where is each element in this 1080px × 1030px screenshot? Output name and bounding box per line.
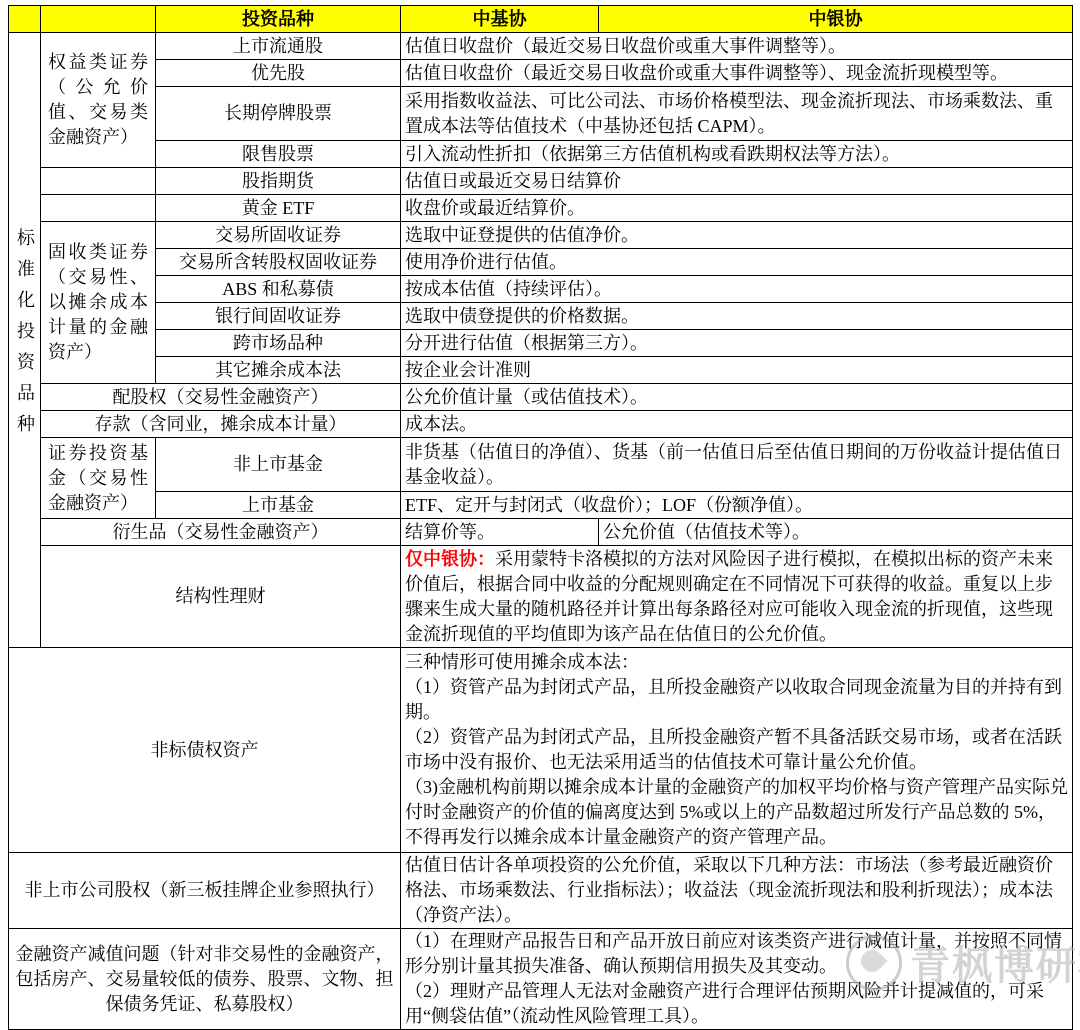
- row-unlisted-equity: 非上市公司股权（新三板挂牌企业参照执行） 估值日估计各单项投资的公允价值，采取以…: [9, 853, 1073, 929]
- only-cbas-highlight: 仅中银协：: [405, 549, 495, 569]
- cell-suspended-name: 长期停牌股票: [156, 87, 401, 141]
- row-unlisted-fund: 证券投资基金（交易性金融资产） 非上市基金 非货基（估值日的净值）、货基（前一估…: [9, 438, 1073, 492]
- cell-gold-etf-val: 收盘价或最近结算价。: [401, 195, 1073, 222]
- header-cbas: 中银协: [599, 6, 1073, 33]
- cell-abs-name: ABS 和私募债: [156, 276, 401, 303]
- row-convertible-fi: 交易所含转股权固收证券 使用净价进行估值。: [9, 249, 1073, 276]
- header-spacer-b: [41, 6, 156, 33]
- row-exchange-fi: 固收类证券（交易性、以摊余成本计量的金融资产） 交易所固收证券 选取中证登提供的…: [9, 222, 1073, 249]
- cell-preferred-val: 估值日收盘价（最近交易日收盘价或重大事件调整等）、现金流折现模型等。: [401, 60, 1073, 87]
- cell-cross-market-val: 分开进行估值（根据第三方）。: [401, 330, 1073, 357]
- group-equity: 权益类证券（公允价值、交易类金融资产）: [41, 33, 156, 168]
- cell-restricted-name: 限售股票: [156, 141, 401, 168]
- cell-exchange-fi-val: 选取中证登提供的估值净价。: [401, 222, 1073, 249]
- group-fund: 证券投资基金（交易性金融资产）: [41, 438, 156, 519]
- row-gold-etf: 黄金 ETF 收盘价或最近结算价。: [9, 195, 1073, 222]
- row-restricted: 限售股票 引入流动性折扣（依据第三方估值机构或看跌期权法等方法）。: [9, 141, 1073, 168]
- row-listed-fund: 上市基金 ETF、定开与封闭式（收盘价）；LOF（份额净值）。: [9, 492, 1073, 519]
- cell-unlisted-equity-name: 非上市公司股权（新三板挂牌企业参照执行）: [9, 853, 401, 929]
- header-row: 投资品种 中基协 中银协: [9, 6, 1073, 33]
- cell-nonstandard-debt-name: 非标债权资产: [9, 648, 401, 853]
- cell-impairment-name: 金融资产减值问题（针对非交易性的金融资产，包括房产、交易量较低的债券、股票、文物…: [9, 929, 401, 1030]
- cell-convertible-fi-name: 交易所含转股权固收证券: [156, 249, 401, 276]
- cell-interbank-fi-name: 银行间固收证券: [156, 303, 401, 330]
- cell-structured-val: 仅中银协：采用蒙特卡洛模拟的方法对风险因子进行模拟，在模拟出标的资产未来价值后，…: [401, 546, 1073, 648]
- cell-preferred-name: 优先股: [156, 60, 401, 87]
- cell-derivatives-name: 衍生品（交易性金融资产）: [41, 519, 401, 546]
- group-fixed-income: 固收类证券（交易性、以摊余成本计量的金融资产）: [41, 222, 156, 384]
- header-product: 投资品种: [156, 6, 401, 33]
- cell-index-futures-val: 估值日或最近交易日结算价: [401, 168, 1073, 195]
- row-deposits: 存款（含同业，摊余成本计量） 成本法。: [9, 411, 1073, 438]
- header-amac: 中基协: [401, 6, 599, 33]
- cell-listed-stock-name: 上市流通股: [156, 33, 401, 60]
- cell-interbank-fi-val: 选取中债登提供的价格数据。: [401, 303, 1073, 330]
- row-interbank-fi: 银行间固收证券 选取中债登提供的价格数据。: [9, 303, 1073, 330]
- cell-rights-name: 配股权（交易性金融资产）: [41, 384, 401, 411]
- row-other-amortized: 其它摊余成本法 按企业会计准则: [9, 357, 1073, 384]
- cell-other-amortized-name: 其它摊余成本法: [156, 357, 401, 384]
- row-structured: 结构性理财 仅中银协：采用蒙特卡洛模拟的方法对风险因子进行模拟，在模拟出标的资产…: [9, 546, 1073, 648]
- row-index-futures: 股指期货 估值日或最近交易日结算价: [9, 168, 1073, 195]
- cell-restricted-val: 引入流动性折扣（依据第三方估值机构或看跌期权法等方法）。: [401, 141, 1073, 168]
- cell-convertible-fi-val: 使用净价进行估值。: [401, 249, 1073, 276]
- cell-abs-val: 按成本估值（持续评估）。: [401, 276, 1073, 303]
- cell-unlisted-fund-name: 非上市基金: [156, 438, 401, 492]
- spacer-cell-gold: [41, 195, 156, 222]
- cell-structured-name: 结构性理财: [41, 546, 401, 648]
- row-preferred: 优先股 估值日收盘价（最近交易日收盘价或重大事件调整等）、现金流折现模型等。: [9, 60, 1073, 87]
- cell-gold-etf-name: 黄金 ETF: [156, 195, 401, 222]
- row-nonstandard-debt: 非标债权资产 三种情形可使用摊余成本法： （1）资管产品为封闭式产品，且所投金融…: [9, 648, 1073, 853]
- cell-rights-val: 公允价值计量（或估值技术）。: [401, 384, 1073, 411]
- cell-derivatives-cbas: 公允价值（估值技术等）。: [599, 519, 1073, 546]
- row-abs: ABS 和私募债 按成本估值（持续评估）。: [9, 276, 1073, 303]
- cell-listed-stock-val: 估值日收盘价（最近交易日收盘价或重大事件调整等）。: [401, 33, 1073, 60]
- cell-cross-market-name: 跨市场品种: [156, 330, 401, 357]
- cell-impairment-val: （1）在理财产品报告日和产品开放日前应对该类资产进行减值计量，并按照不同情形分别…: [401, 929, 1073, 1030]
- cell-listed-fund-name: 上市基金: [156, 492, 401, 519]
- row-derivatives: 衍生品（交易性金融资产） 结算价等。 公允价值（估值技术等）。: [9, 519, 1073, 546]
- spacer-cell-futures: [41, 168, 156, 195]
- cell-deposits-name: 存款（含同业，摊余成本计量）: [41, 411, 401, 438]
- cell-nonstandard-debt-val: 三种情形可使用摊余成本法： （1）资管产品为封闭式产品，且所投金融资产以收取合同…: [401, 648, 1073, 853]
- row-listed-stock: 标准化投资品种 权益类证券（公允价值、交易类金融资产） 上市流通股 估值日收盘价…: [9, 33, 1073, 60]
- header-spacer-a: [9, 6, 41, 33]
- standardized-axis-label: 标准化投资品种: [9, 33, 41, 648]
- structured-val-text: 采用蒙特卡洛模拟的方法对风险因子进行模拟，在模拟出标的资产未来价值后，根据合同中…: [405, 549, 1053, 644]
- row-cross-market: 跨市场品种 分开进行估值（根据第三方）。: [9, 330, 1073, 357]
- cell-suspended-val: 采用指数收益法、可比公司法、市场价格模型法、现金流折现法、市场乘数法、重置成本法…: [401, 87, 1073, 141]
- cell-unlisted-fund-val: 非货基（估值日的净值）、货基（前一估值日后至估值日期间的万份收益计提估值日基金收…: [401, 438, 1073, 492]
- cell-exchange-fi-name: 交易所固收证券: [156, 222, 401, 249]
- row-suspended: 长期停牌股票 采用指数收益法、可比公司法、市场价格模型法、现金流折现法、市场乘数…: [9, 87, 1073, 141]
- valuation-table: 投资品种 中基协 中银协 标准化投资品种 权益类证券（公允价值、交易类金融资产）…: [8, 5, 1073, 1030]
- cell-index-futures-name: 股指期货: [156, 168, 401, 195]
- cell-listed-fund-val: ETF、定开与封闭式（收盘价）；LOF（份额净值）。: [401, 492, 1073, 519]
- cell-deposits-val: 成本法。: [401, 411, 1073, 438]
- cell-derivatives-amac: 结算价等。: [401, 519, 599, 546]
- cell-other-amortized-val: 按企业会计准则: [401, 357, 1073, 384]
- row-impairment: 金融资产减值问题（针对非交易性的金融资产，包括房产、交易量较低的债券、股票、文物…: [9, 929, 1073, 1030]
- row-rights: 配股权（交易性金融资产） 公允价值计量（或估值技术）。: [9, 384, 1073, 411]
- cell-unlisted-equity-val: 估值日估计各单项投资的公允价值，采取以下几种方法：市场法（参考最近融资价格法、市…: [401, 853, 1073, 929]
